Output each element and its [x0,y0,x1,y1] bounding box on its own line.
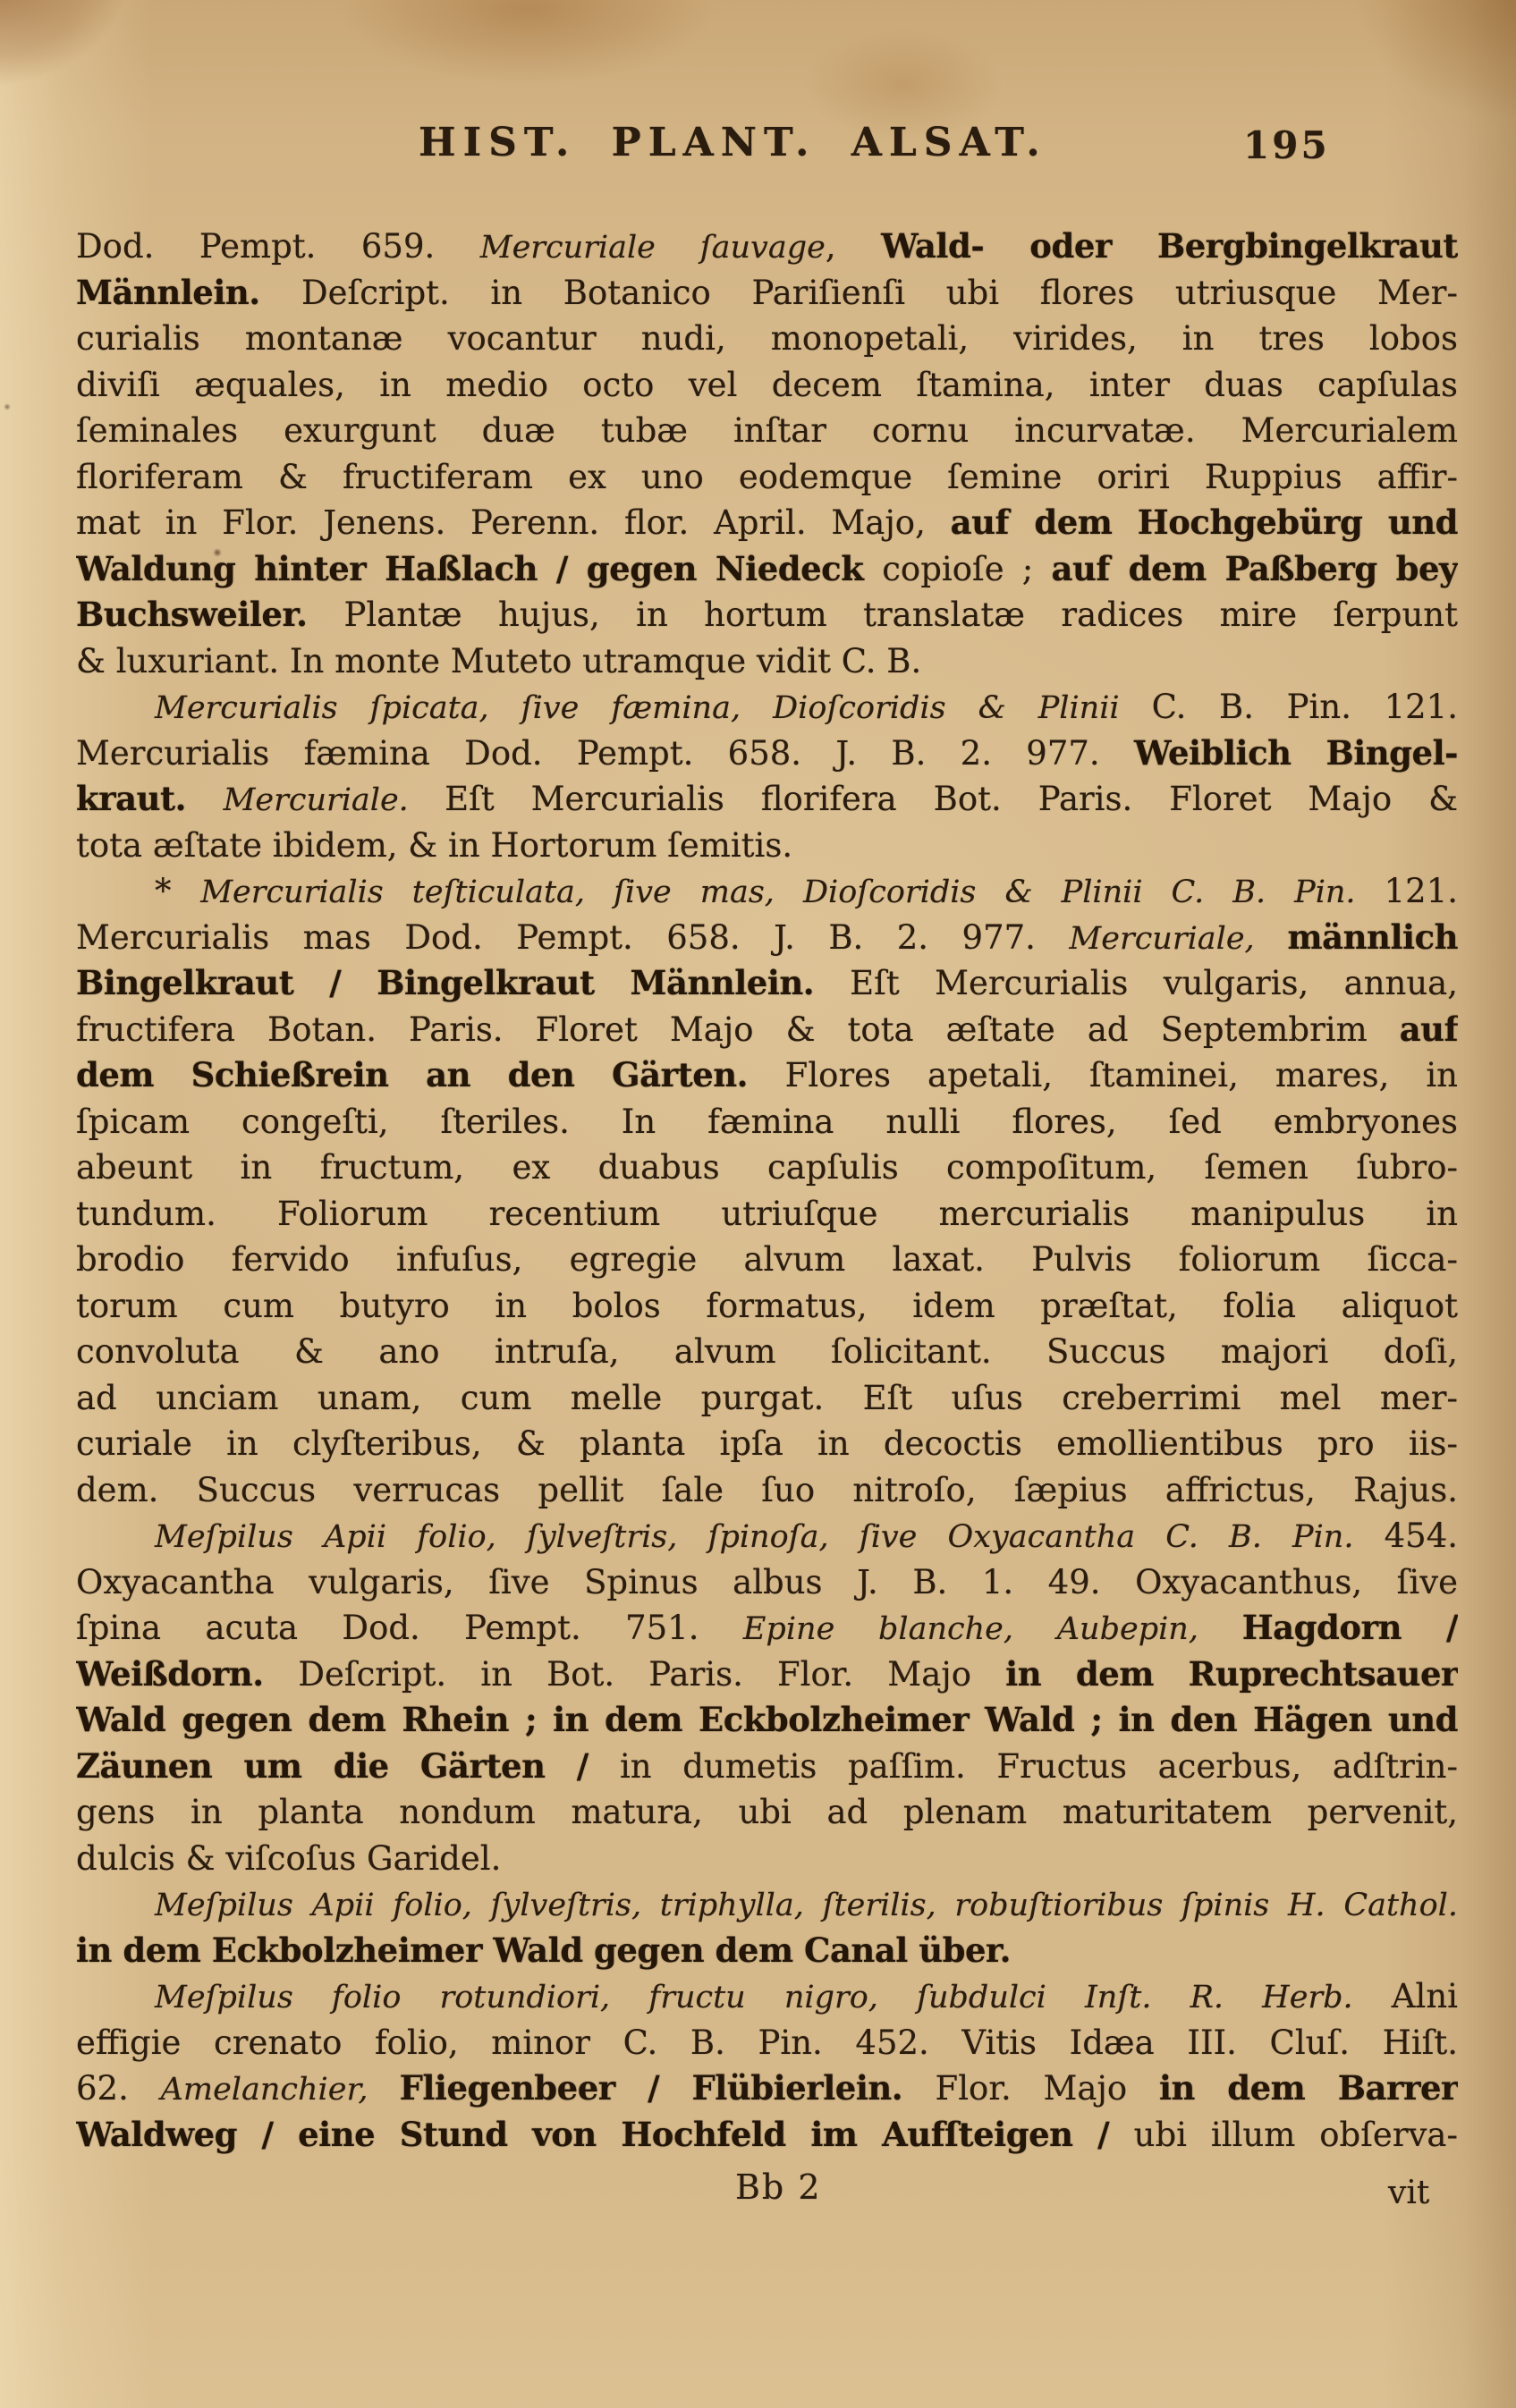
running-head-title: HIST. PLANT. ALSAT. [419,120,1047,165]
fraktur-text: dem Schießrein an den Gärten. [76,1055,785,1094]
text-line: floriferam & fructiferam ex uno eodemque… [76,454,1458,501]
text-line: dulcis & viſcoſus Garidel. [76,1836,1458,1882]
text-line: Mercurialis mas Dod. Pempt. 658. J. B. 2… [76,915,1458,961]
fraktur-text: kraut. [76,779,224,818]
roman-text: Mercurialis mas Dod. Pempt. 658. J. B. 2… [76,918,1069,957]
fraktur-text: Wald gegen dem Rhein ; in dem Eckbolzhei… [76,1700,1458,1739]
italic-text: Meſpilus folio rotundiori, fructu nigro,… [155,1980,1392,2015]
fraktur-text: Waldweg / eine Stund von Hochfeld im Auf… [76,2115,1134,2154]
text-line: Dod. Pempt. 659. Mercuriale ſauvage, Wal… [76,224,1458,270]
text-line: mat in Flor. Jenens. Perenn. flor. April… [76,500,1458,546]
italic-text: Meſpilus Apii folio, ſylveſtris, triphyl… [155,1888,1458,1923]
text-line: dem Schießrein an den Gärten. Flores ape… [76,1052,1458,1099]
fraktur-text: Weißdorn. [76,1654,298,1694]
roman-text: convoluta & ano intruſa, alvum ſolicitan… [76,1332,1458,1371]
fraktur-text: Männlein. [76,273,301,312]
fraktur-text: Hagdorn / [1242,1608,1458,1647]
text-line: Mercurialis ſpicata, ſive fæmina, Dioſco… [76,684,1458,731]
fraktur-text: Zäunen um die Gärten / [76,1746,620,1786]
roman-text: in dumetis paſſim. Fructus acerbus, adſt… [620,1747,1458,1786]
roman-text: Eſt Mercurialis florifera Bot. Paris. Fl… [445,780,1458,818]
text-line: tundum. Foliorum recentium utriuſque mer… [76,1191,1458,1238]
roman-text: Oxyacantha vulgaris, ſive Spinus albus J… [76,1563,1458,1601]
text-line: & luxuriant. In monte Muteto utramque vi… [76,638,1458,685]
text-line: convoluta & ano intruſa, alvum ſolicitan… [76,1329,1458,1375]
text-line: kraut. Mercuriale. Eſt Mercurialis flori… [76,776,1458,823]
text-line: ad unciam unam, cum melle purgat. Eſt uſ… [76,1375,1458,1422]
roman-text: dem. Succus verrucas pellit ſale ſuo nit… [76,1471,1458,1509]
italic-text: Epine blanche, Aubepin, [743,1611,1242,1647]
fraktur-text: Waldung hinter Haßlach / gegen Niedeck [76,549,882,588]
roman-text: diviſi æquales, in medio octo vel decem … [76,366,1458,404]
italic-text: Mercurialis ſpicata, ſive fæmina, Dioſco… [155,690,1152,726]
roman-text: curialis montanæ vocantur nudi, monopeta… [76,319,1458,358]
text-line: in dem Eckbolzheimer Wald gegen dem Cana… [76,1928,1458,1974]
text-line: ſeminales exurgunt duæ tubæ inſtar cornu… [76,408,1458,454]
page-number: 195 [1243,123,1330,167]
roman-text: Deſcript. in Bot. Paris. Flor. Majo [298,1655,1005,1694]
fraktur-text: in dem Eckbolzheimer Wald gegen dem Cana… [76,1931,1011,1970]
text-line: ſpicam congeſti, ſteriles. In fæmina nul… [76,1099,1458,1145]
text-line: Meſpilus Apii folio, ſylveſtris, triphyl… [76,1881,1458,1928]
fraktur-text: Fliegenbeer / Flübierlein. [400,2068,936,2108]
roman-text: Flores apetali, ſtaminei, mares, in [785,1056,1458,1094]
text-line: Oxyacantha vulgaris, ſive Spinus albus J… [76,1559,1458,1606]
roman-text: ubi illum obſerva- [1134,2116,1458,2154]
roman-text: , [826,227,881,266]
text-line: Buchsweiler. Plantæ hujus, in hortum tra… [76,592,1458,638]
roman-text: dulcis & viſcoſus Garidel. [76,1839,501,1878]
roman-text: Plantæ hujus, in hortum translatæ radice… [343,596,1458,634]
roman-text: brodio fervido infuſus, egregie alvum la… [76,1240,1458,1279]
roman-text: Alni [1392,1977,1458,2015]
roman-text: ſpina acuta Dod. Pempt. 751. [76,1609,743,1647]
roman-text: 121. [1385,872,1458,910]
roman-text: tota æſtate ibidem, & in Hortorum ſemiti… [76,826,792,865]
italic-text: Mercuriale ſauvage [480,230,826,266]
book-page: HIST. PLANT. ALSAT. 195 Dod. Pempt. 659.… [0,0,1516,2408]
roman-text: Dod. Pempt. 659. [76,227,480,266]
roman-text: mat in Flor. Jenens. Perenn. flor. April… [76,503,951,542]
italic-text: Mercuriale, [1069,921,1287,957]
roman-text: copioſe ; [882,550,1051,588]
text-line: Mercurialis fæmina Dod. Pempt. 658. J. B… [76,731,1458,777]
roman-text: torum cum butyro in bolos formatus, idem… [76,1287,1458,1325]
roman-text: Deſcript. in Botanico Pariſienſi ubi flo… [301,274,1458,312]
roman-text: tundum. Foliorum recentium utriuſque mer… [76,1195,1458,1233]
text-line: effigie crenato folio, minor C. B. Pin. … [76,2020,1458,2066]
roman-text: & luxuriant. In monte Muteto utramque vi… [76,642,921,680]
text-line: curiale in clyſteribus, & planta ipſa in… [76,1421,1458,1467]
roman-text: * [155,872,200,910]
fraktur-text: Bingelkraut / Bingelkraut Männlein. [76,963,850,1002]
roman-text: Mercurialis fæmina Dod. Pempt. 658. J. B… [76,734,1134,773]
roman-text: ſpicam congeſti, ſteriles. In fæmina nul… [76,1103,1458,1141]
text-line: Männlein. Deſcript. in Botanico Pariſien… [76,270,1458,317]
roman-text: C. B. Pin. 121. [1152,688,1458,726]
text-line: brodio fervido infuſus, egregie alvum la… [76,1237,1458,1283]
roman-text: curiale in clyſteribus, & planta ipſa in… [76,1424,1458,1463]
italic-text: Mercurialis teſticulata, ſive mas, Dioſc… [200,874,1384,910]
italic-text: Mercuriale. [224,782,445,818]
text-line: gens in planta nondum matura, ubi ad ple… [76,1789,1458,1836]
text-line: dem. Succus verrucas pellit ſale ſuo nit… [76,1467,1458,1514]
italic-text: Meſpilus Apii folio, ſylveſtris, ſpinoſa… [155,1519,1385,1555]
fraktur-text: männlich [1288,917,1458,957]
text-line: abeunt in fructum, ex duabus capſulis co… [76,1145,1458,1191]
roman-text: fructifera Botan. Paris. Floret Majo & t… [76,1010,1400,1049]
text-line: * Mercurialis teſticulata, ſive mas, Dio… [76,868,1458,915]
roman-text: Flor. Majo [936,2069,1159,2108]
fraktur-text: auf dem Hochgebürg und [951,503,1458,542]
fraktur-text: Buchsweiler. [76,595,343,634]
text-line: Weißdorn. Deſcript. in Bot. Paris. Flor.… [76,1652,1458,1698]
text-line: diviſi æquales, in medio octo vel decem … [76,362,1458,409]
fraktur-text: auf dem Paßberg bey [1052,549,1458,588]
roman-text: 454. [1385,1517,1458,1555]
roman-text: floriferam & fructiferam ex uno eodemque… [76,458,1458,496]
fraktur-text: in dem Barrer [1159,2068,1458,2108]
fraktur-text: Weiblich Bingel- [1134,733,1458,773]
text-block: Dod. Pempt. 659. Mercuriale ſauvage, Wal… [76,224,1458,2158]
text-line: Wald gegen dem Rhein ; in dem Eckbolzhei… [76,1697,1458,1744]
fraktur-text: auf [1400,1010,1458,1049]
text-line: Meſpilus folio rotundiori, fructu nigro,… [76,1973,1458,2020]
text-line: Bingelkraut / Bingelkraut Männlein. Eſt … [76,960,1458,1007]
catchword: vit [1388,2175,1429,2211]
text-line: Waldweg / eine Stund von Hochfeld im Auf… [76,2112,1458,2159]
text-line: tota æſtate ibidem, & in Hortorum ſemiti… [76,823,1458,869]
text-line: 62. Amelanchier, Fliegenbeer / Flübierle… [76,2066,1458,2112]
roman-text: ad unciam unam, cum melle purgat. Eſt uſ… [76,1379,1458,1417]
text-line: fructifera Botan. Paris. Floret Majo & t… [76,1007,1458,1053]
roman-text: abeunt in fructum, ex duabus capſulis co… [76,1148,1458,1187]
roman-text: effigie crenato folio, minor C. B. Pin. … [76,2024,1458,2062]
text-line: Zäunen um die Gärten / in dumetis paſſim… [76,1744,1458,1790]
roman-text: gens in planta nondum matura, ubi ad ple… [76,1793,1458,1831]
roman-text: Eſt Mercurialis vulgaris, annua, [850,964,1458,1002]
roman-text: ſeminales exurgunt duæ tubæ inſtar cornu… [76,411,1458,450]
text-line: torum cum butyro in bolos formatus, idem… [76,1283,1458,1330]
signature-mark: Bb 2 [735,2167,822,2207]
text-line: ſpina acuta Dod. Pempt. 751. Epine blanc… [76,1605,1458,1652]
roman-text: 62. [76,2069,161,2108]
fraktur-text: Wald- oder Bergbingelkraut [881,226,1458,266]
fraktur-text: in dem Ruprechtsauer [1005,1654,1458,1694]
text-line: curialis montanæ vocantur nudi, monopeta… [76,316,1458,362]
italic-text: Amelanchier, [161,2072,400,2108]
text-line: Meſpilus Apii folio, ſylveſtris, ſpinoſa… [76,1513,1458,1559]
text-line: Waldung hinter Haßlach / gegen Niedeck c… [76,546,1458,593]
